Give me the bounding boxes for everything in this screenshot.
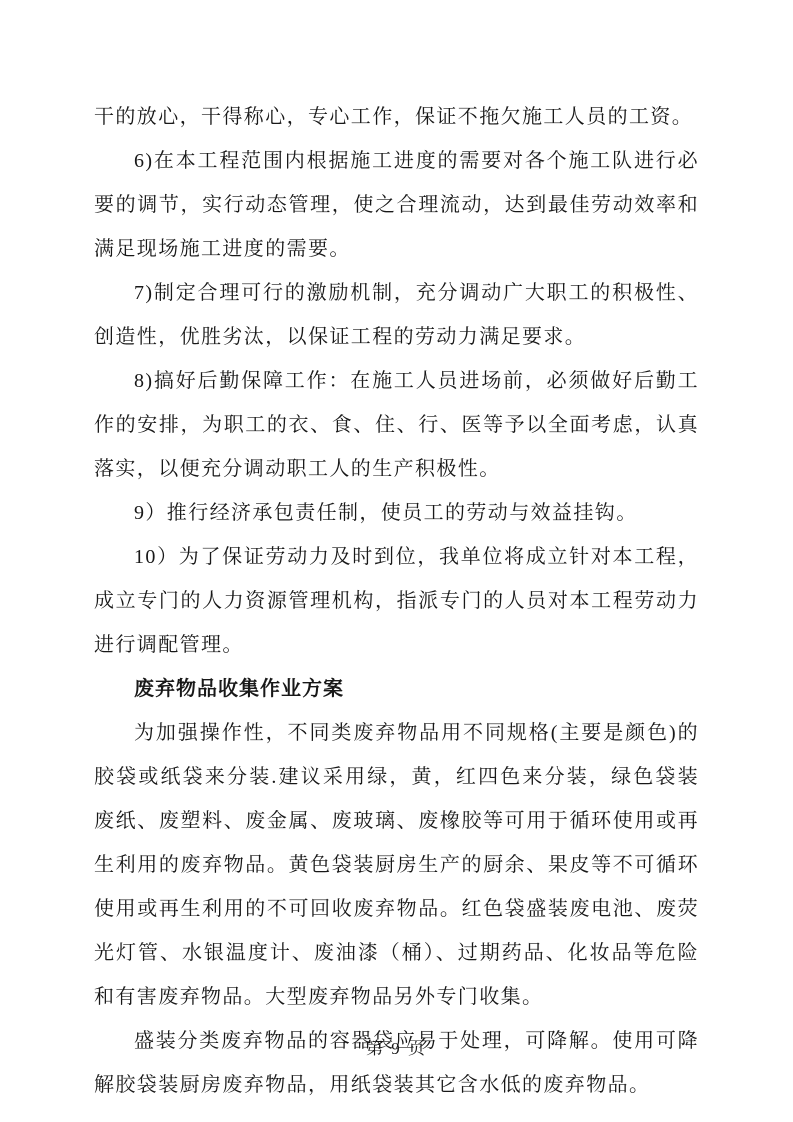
- paragraph-wage-continuation: 干的放心，干得称心，专心工作，保证不拖欠施工人员的工资。: [94, 95, 699, 139]
- page-number: 第 9 页: [0, 1034, 793, 1059]
- section-heading-waste-collection-plan: 废弃物品收集作业方案: [94, 667, 699, 711]
- paragraph-item-8: 8)搞好后勤保障工作：在施工人员进场前，必须做好后勤工作的安排，为职工的衣、食、…: [94, 359, 699, 491]
- document-page: 干的放心，干得称心，专心工作，保证不拖欠施工人员的工资。 6)在本工程范围内根据…: [0, 0, 793, 1122]
- paragraph-waste-bag-color-scheme: 为加强操作性，不同类废弃物品用不同规格(主要是颜色)的胶袋或纸袋来分装.建议采用…: [94, 711, 699, 1019]
- paragraph-item-6: 6)在本工程范围内根据施工进度的需要对各个施工队进行必要的调节，实行动态管理，使…: [94, 139, 699, 271]
- paragraph-item-9: 9）推行经济承包责任制，使员工的劳动与效益挂钩。: [94, 491, 699, 535]
- paragraph-item-10: 10）为了保证劳动力及时到位，我单位将成立针对本工程，成立专门的人力资源管理机构…: [94, 535, 699, 667]
- document-body: 干的放心，干得称心，专心工作，保证不拖欠施工人员的工资。 6)在本工程范围内根据…: [94, 95, 699, 1107]
- paragraph-item-7: 7)制定合理可行的激励机制，充分调动广大职工的积极性、创造性，优胜劣汰，以保证工…: [94, 271, 699, 359]
- paragraph-waste-container-degradable: 盛装分类废弃物品的容器袋应易于处理，可降解。使用可降解胶袋装厨房废弃物品，用纸袋…: [94, 1019, 699, 1107]
